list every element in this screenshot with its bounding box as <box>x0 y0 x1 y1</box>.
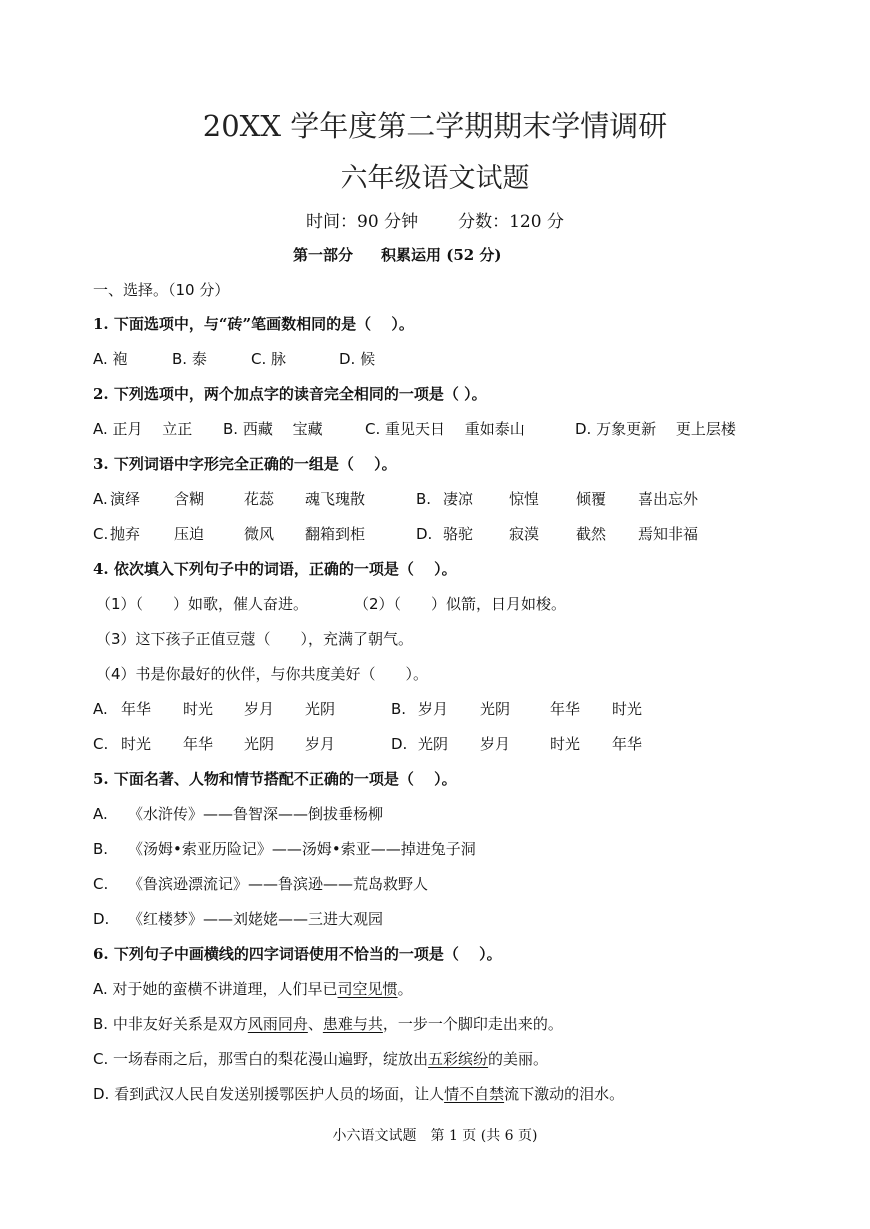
question-1-option-c: C. 脉 <box>251 349 286 369</box>
option-label: A. <box>93 699 108 719</box>
option-text: A. 对于她的蛮横不讲道理，人们早已 <box>93 980 338 998</box>
option-word: 岁月 <box>418 699 448 719</box>
question-4-sentence-4: （4）书是你最好的伙伴，与你共度美好（ ）。 <box>96 664 428 684</box>
option-word: 微风 <box>244 524 274 544</box>
question-2-stem: 2. 下列选项中，两个加点字的读音完全相同的一项是（ ）。 <box>93 384 487 404</box>
exam-score: 分数：120 分 <box>458 212 564 232</box>
question-2-option-b: B. 西藏 宝藏 <box>223 419 323 439</box>
question-4-sentence-1: （1）（ ）如歌，催人奋进。 <box>96 594 308 614</box>
option-word: 倾覆 <box>576 489 606 509</box>
option-word: 骆驼 <box>443 524 473 544</box>
option-text: D. 看到武汉人民自发送别援鄂医护人员的场面，让人 <box>93 1085 444 1103</box>
option-word: 压迫 <box>174 524 204 544</box>
question-6-option-c: C. 一场春雨之后，那雪白的梨花漫山遍野，绽放出五彩缤纷的美丽。 <box>93 1049 548 1069</box>
question-4-sentence-3: （3）这下孩子正值豆蔻（ ），充满了朝气。 <box>96 629 413 649</box>
question-6-option-a: A. 对于她的蛮横不讲道理，人们早已司空见惯。 <box>93 979 413 999</box>
question-5-stem: 5. 下面名著、人物和情节搭配不正确的一项是（ ）。 <box>93 769 457 789</box>
option-label: B. <box>93 839 108 859</box>
exam-subtitle: 六年级语文试题 <box>0 156 870 195</box>
option-word: 寂漠 <box>509 524 539 544</box>
underlined-idiom: 患难与共 <box>323 1015 383 1033</box>
option-word: 惊惶 <box>509 489 539 509</box>
option-label: D. <box>391 734 407 754</box>
question-4-stem: 4. 依次填入下列句子中的词语，正确的一项是（ ）。 <box>93 559 457 579</box>
option-label: D. <box>416 524 432 544</box>
question-6-stem: 6. 下列句子中画横线的四字词语使用不恰当的一项是（ ）。 <box>93 944 502 964</box>
part-name: 第一部分 <box>293 246 353 264</box>
option-text: 《红楼梦》——刘姥姥——三进大观园 <box>128 909 383 929</box>
option-word: 含糊 <box>174 489 204 509</box>
option-word: 时光 <box>612 699 642 719</box>
part-title: 积累运用 (52 分) <box>381 246 502 264</box>
option-word: 时光 <box>550 734 580 754</box>
exam-title: 20XX 学年度第二学期期末学情调研 <box>0 104 870 145</box>
question-2-option-d: D. 万象更新 更上层楼 <box>575 419 736 439</box>
option-text: 流下激动的泪水。 <box>504 1085 624 1103</box>
question-2-option-c: C. 重见天日 重如泰山 <box>365 419 525 439</box>
option-word: 年华 <box>121 699 151 719</box>
option-word: 年华 <box>550 699 580 719</box>
option-word: 凄凉 <box>443 489 473 509</box>
underlined-idiom: 风雨同舟 <box>248 1015 308 1033</box>
option-text: 《水浒传》——鲁智深——倒拔垂杨柳 <box>128 804 383 824</box>
question-6-option-d: D. 看到武汉人民自发送别援鄂医护人员的场面，让人情不自禁流下激动的泪水。 <box>93 1084 624 1104</box>
option-label: C. <box>93 734 108 754</box>
question-2-option-a: A. 正月 立正 <box>93 419 192 439</box>
question-1-stem: 1. 下面选项中，与“砖”笔画数相同的是（ ）。 <box>93 314 414 334</box>
option-text: 。 <box>398 980 413 998</box>
option-word: 光阴 <box>418 734 448 754</box>
option-word: 光阴 <box>244 734 274 754</box>
option-word: 光阴 <box>480 699 510 719</box>
option-label: B. <box>391 699 406 719</box>
underlined-idiom: 司空见惯 <box>338 980 398 998</box>
option-word: 翻箱到柜 <box>305 524 365 544</box>
exam-meta: 时间：90 分钟分数：120 分 <box>0 207 870 232</box>
option-word: 魂飞瑰散 <box>305 489 365 509</box>
option-text: B. 中非友好关系是双方 <box>93 1015 248 1033</box>
option-word: 花蕊 <box>244 489 274 509</box>
option-text: 的美丽。 <box>488 1050 548 1068</box>
option-label: D. <box>93 909 109 929</box>
question-4-sentence-2: （2）（ ）似箭，日月如梭。 <box>354 594 566 614</box>
question-3-stem: 3. 下列词语中字形完全正确的一组是（ ）。 <box>93 454 397 474</box>
option-label: A. <box>93 489 108 509</box>
option-word: 岁月 <box>244 699 274 719</box>
option-text: ，一步一个脚印走出来的。 <box>383 1015 563 1033</box>
option-text: C. 一场春雨之后，那雪白的梨花漫山遍野，绽放出 <box>93 1050 428 1068</box>
option-text: 、 <box>308 1015 323 1033</box>
option-label: B. <box>416 489 431 509</box>
option-text: 《汤姆•索亚历险记》——汤姆•索亚——掉进兔子洞 <box>128 839 476 859</box>
underlined-idiom: 情不自禁 <box>444 1085 504 1103</box>
option-text: 《鲁滨逊漂流记》——鲁滨逊——荒岛救野人 <box>128 874 428 894</box>
option-word: 演绎 <box>110 489 140 509</box>
option-word: 喜出忘外 <box>638 489 698 509</box>
question-1-option-b: B. 泰 <box>172 349 207 369</box>
option-word: 焉知非福 <box>638 524 698 544</box>
option-word: 年华 <box>183 734 213 754</box>
option-label: A. <box>93 804 108 824</box>
option-word: 抛弃 <box>110 524 140 544</box>
option-word: 时光 <box>183 699 213 719</box>
option-word: 光阴 <box>305 699 335 719</box>
question-6-option-b: B. 中非友好关系是双方风雨同舟、患难与共，一步一个脚印走出来的。 <box>93 1014 563 1034</box>
question-1-option-d: D. 候 <box>339 349 375 369</box>
page-footer: 小六语文试题 第 1 页 (共 6 页) <box>0 1125 870 1145</box>
option-word: 岁月 <box>480 734 510 754</box>
option-label: C. <box>93 524 108 544</box>
option-word: 岁月 <box>305 734 335 754</box>
option-word: 时光 <box>121 734 151 754</box>
question-1-option-a: A. 袍 <box>93 349 128 369</box>
part-heading: 第一部分积累运用 (52 分) <box>293 244 502 265</box>
option-word: 年华 <box>612 734 642 754</box>
option-label: C. <box>93 874 108 894</box>
exam-time: 时间：90 分钟 <box>306 212 418 232</box>
section-heading: 一、选择。（10 分） <box>93 280 229 300</box>
underlined-idiom: 五彩缤纷 <box>428 1050 488 1068</box>
option-word: 截然 <box>576 524 606 544</box>
